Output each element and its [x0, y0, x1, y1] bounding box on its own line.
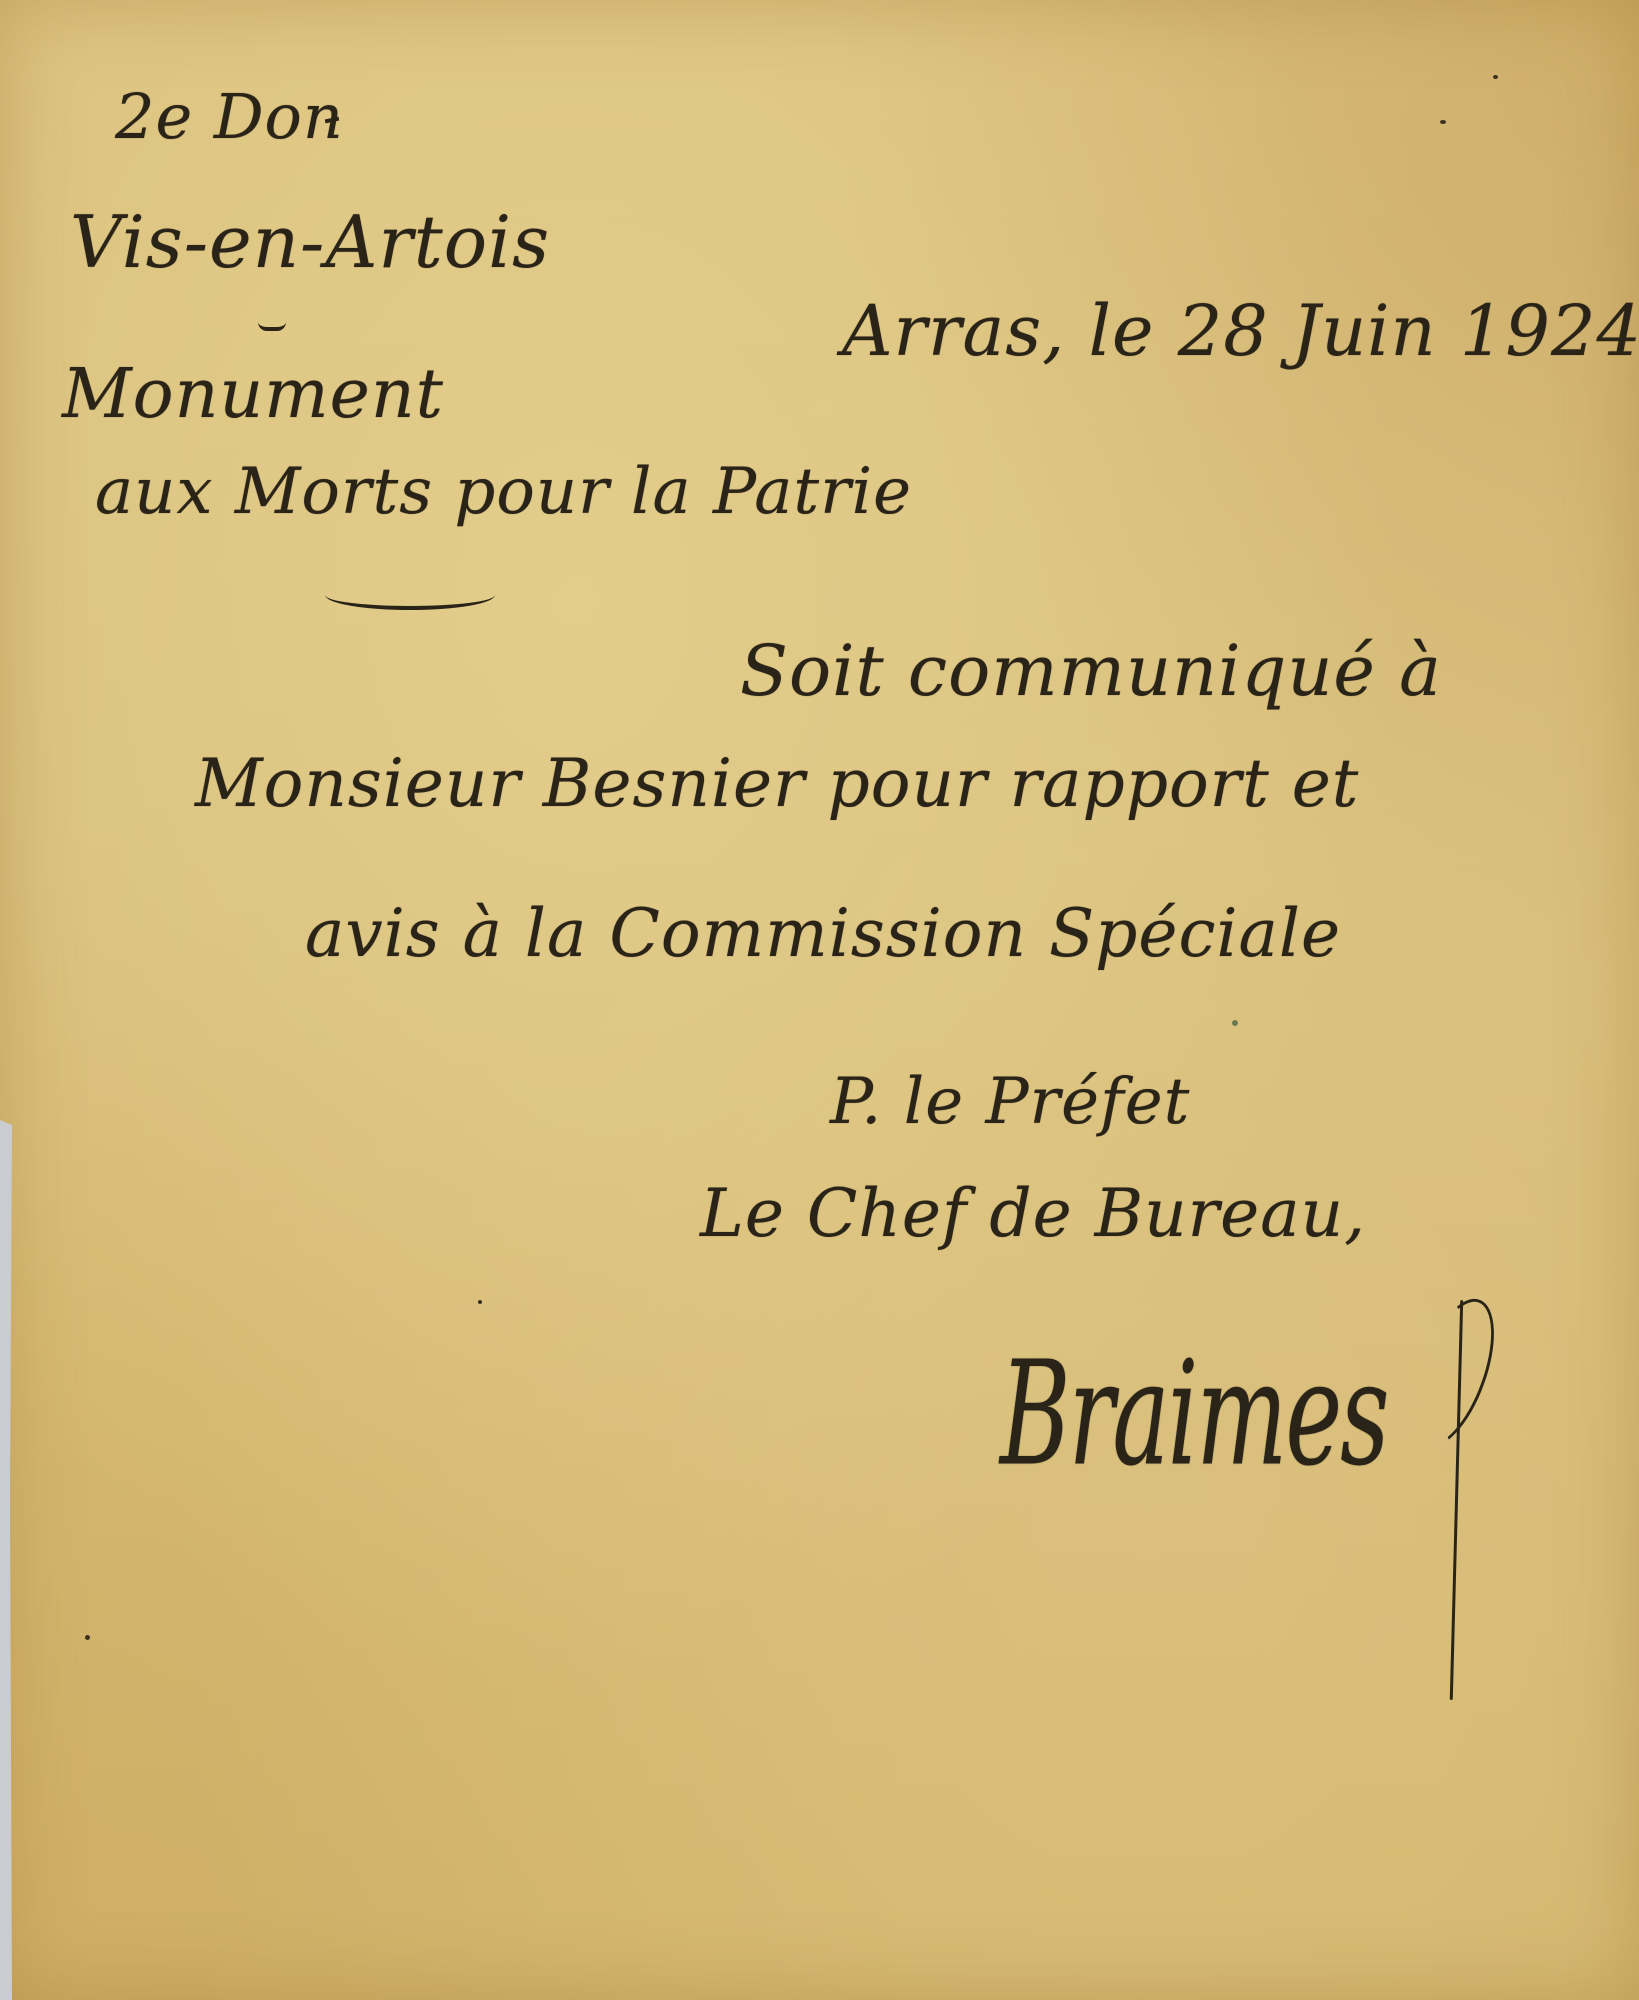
margin-separator-stroke [325, 580, 495, 610]
signature-flourish-loop [1395, 1288, 1510, 1457]
division-reference: 2e Don [115, 80, 344, 153]
subject-line-aux-morts: aux Morts pour la Patrie [95, 455, 912, 529]
subject-line-monument: Monument [62, 355, 444, 434]
body-line-1: Soit communiqué à [740, 630, 1442, 712]
body-line-3: avis à la Commission Spéciale [305, 895, 1341, 972]
commune-underline-mark [258, 322, 286, 331]
commune-name: Vis-en-Artois [70, 200, 550, 284]
paper-speck [1493, 75, 1498, 79]
paper-speck [1232, 1020, 1238, 1026]
dateline: Arras, le 28 Juin 1924 [842, 290, 1639, 372]
closing-line-chef-de-bureau: Le Chef de Bureau, [700, 1175, 1366, 1252]
background-gap [0, 1120, 12, 2000]
signature: Braimes [1000, 1330, 1387, 1498]
paper-speck [478, 1300, 482, 1304]
closing-line-prefet: P. le Préfet [830, 1065, 1190, 1139]
document-page: 2e Don Vis-en-Artois Monument aux Morts … [0, 0, 1639, 2000]
paper-speck [1440, 120, 1446, 124]
paper-speck [85, 1635, 90, 1640]
body-line-2: Monsieur Besnier pour rapport et [195, 745, 1359, 822]
